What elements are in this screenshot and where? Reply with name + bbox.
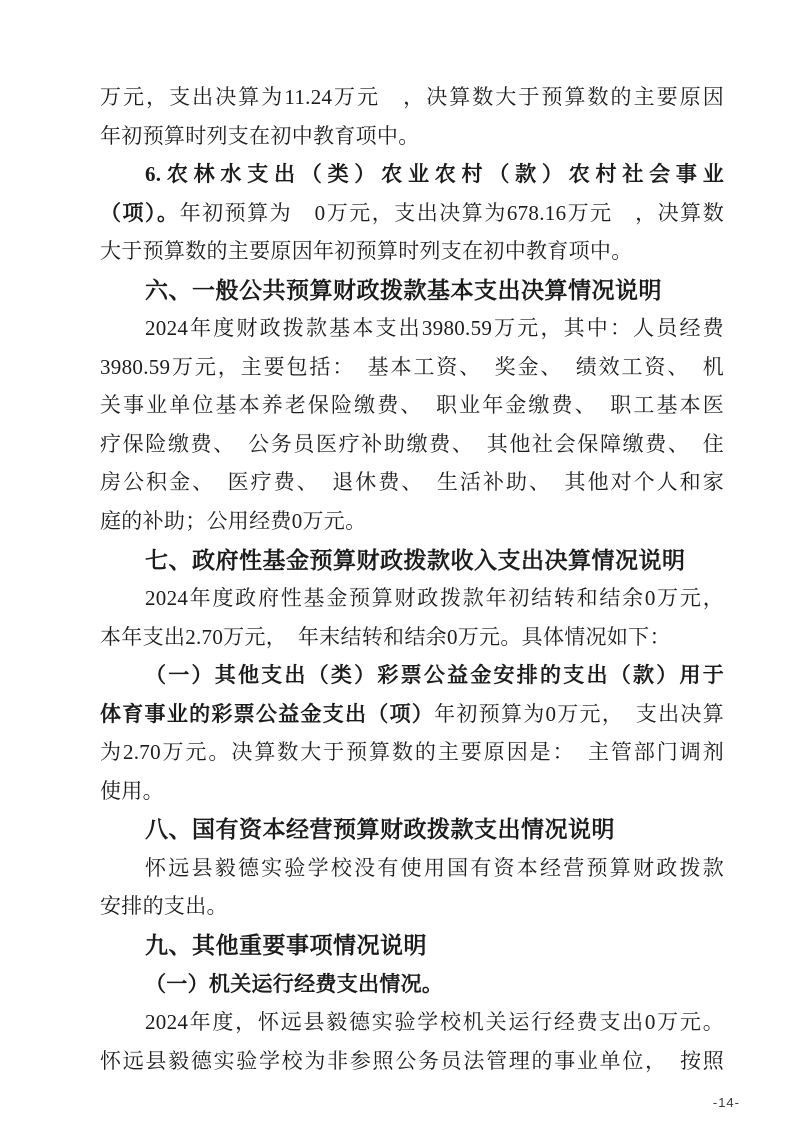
text-line: 庭的补助；公用经费0万元。	[100, 502, 724, 541]
text-segment: 本年支出2.70万元， 年末结转和结余0万元。具体情况如下：	[100, 625, 671, 649]
section-heading: 九、其他重要事项情况说明	[100, 926, 724, 965]
text-segment: 6.农林水支出（类）农业农村（款）农村社会事业	[145, 162, 724, 186]
document-page: 万元，支出决算为11.24万元 ，决算数大于预算数的主要原因年初预算时列支在初中…	[0, 0, 793, 1122]
text-segment: 体育事业的彩票公益金支出（项）	[100, 702, 434, 726]
text-line: 2024年度财政拨款基本支出3980.59万元，其中：人员经费	[100, 309, 724, 348]
text-line: 年初预算时列支在初中教育项中。	[100, 117, 724, 156]
text-line: 关事业单位基本养老保险缴费、 职业年金缴费、 职工基本医	[100, 386, 724, 425]
text-segment: （一）其他支出（类）彩票公益金安排的支出（款）用于	[145, 663, 724, 687]
text-line: 本年支出2.70万元， 年末结转和结余0万元。具体情况如下：	[100, 618, 724, 657]
section-heading: 六、一般公共预算财政拨款基本支出决算情况说明	[100, 271, 724, 310]
text-segment: 3980.59万元，主要包括： 基本工资、 奖金、 绩效工资、 机	[100, 355, 724, 379]
text-line: 怀远县毅德实验学校没有使用国有资本经营预算财政拨款	[100, 849, 724, 888]
text-line: 3980.59万元，主要包括： 基本工资、 奖金、 绩效工资、 机	[100, 348, 724, 387]
text-segment: 九、其他重要事项情况说明	[145, 932, 427, 958]
text-line: （一）机关运行经费支出情况。	[100, 965, 724, 1004]
text-segment: 为2.70万元。决算数大于预算数的主要原因是： 主管部门调剂	[100, 740, 724, 764]
text-segment: 年初预算为 0万元，支出决算为678.16万元 ，决算数	[180, 201, 724, 225]
document-content: 万元，支出决算为11.24万元 ，决算数大于预算数的主要原因年初预算时列支在初中…	[100, 78, 724, 1080]
text-segment: 七、政府性基金预算财政拨款收入支出决算情况说明	[145, 547, 686, 573]
text-segment: 房公积金、 医疗费、 退休费、 生活补助、 其他对个人和家	[100, 470, 724, 494]
text-line: 大于预算数的主要原因年初预算时列支在初中教育项中。	[100, 232, 724, 271]
text-segment: 关事业单位基本养老保险缴费、 职业年金缴费、 职工基本医	[100, 393, 724, 417]
text-line: 房公积金、 医疗费、 退休费、 生活补助、 其他对个人和家	[100, 463, 724, 502]
text-line: （一）其他支出（类）彩票公益金安排的支出（款）用于	[100, 656, 724, 695]
text-segment: 安排的支出。	[100, 894, 228, 918]
text-segment: 八、国有资本经营预算财政拨款支出情况说明	[145, 816, 615, 842]
text-segment: 年初预算时列支在初中教育项中。	[100, 124, 420, 148]
text-segment: （项）。	[100, 201, 180, 225]
text-segment: 使用。	[100, 779, 164, 803]
text-segment: （一）机关运行经费支出情况。	[145, 972, 443, 996]
text-line: 万元，支出决算为11.24万元 ，决算数大于预算数的主要原因	[100, 78, 724, 117]
text-line: 2024年度，怀远县毅德实验学校机关运行经费支出0万元。	[100, 1003, 724, 1042]
text-line: 6.农林水支出（类）农业农村（款）农村社会事业	[100, 155, 724, 194]
text-segment: 疗保险缴费、 公务员医疗补助缴费、 其他社会保障缴费、 住	[100, 432, 724, 456]
text-segment: 万元，支出决算为11.24万元 ，决算数大于预算数的主要原因	[100, 85, 724, 109]
text-segment: 2024年度，怀远县毅德实验学校机关运行经费支出0万元。	[145, 1010, 724, 1034]
text-line: 安排的支出。	[100, 887, 724, 926]
text-segment: 六、一般公共预算财政拨款基本支出决算情况说明	[145, 277, 662, 303]
section-heading: 八、国有资本经营预算财政拨款支出情况说明	[100, 810, 724, 849]
text-line: 疗保险缴费、 公务员医疗补助缴费、 其他社会保障缴费、 住	[100, 425, 724, 464]
text-segment: 怀远县毅德实验学校没有使用国有资本经营预算财政拨款	[145, 856, 724, 880]
text-segment: 庭的补助；公用经费0万元。	[100, 509, 366, 533]
section-heading: 七、政府性基金预算财政拨款收入支出决算情况说明	[100, 541, 724, 580]
text-segment: 2024年度财政拨款基本支出3980.59万元，其中：人员经费	[145, 316, 724, 340]
text-line: 2024年度政府性基金预算财政拨款年初结转和结余0万元，	[100, 579, 724, 618]
text-line: 使用。	[100, 772, 724, 811]
text-segment: 2024年度政府性基金预算财政拨款年初结转和结余0万元，	[145, 586, 724, 610]
text-line: 体育事业的彩票公益金支出（项）年初预算为0万元， 支出决算	[100, 695, 724, 734]
text-segment: 怀远县毅德实验学校为非参照公务员法管理的事业单位， 按照	[100, 1049, 724, 1073]
text-line: 为2.70万元。决算数大于预算数的主要原因是： 主管部门调剂	[100, 733, 724, 772]
page-number: -14-	[713, 1095, 740, 1110]
text-segment: 大于预算数的主要原因年初预算时列支在初中教育项中。	[100, 239, 633, 263]
text-line: （项）。年初预算为 0万元，支出决算为678.16万元 ，决算数	[100, 194, 724, 233]
text-line: 怀远县毅德实验学校为非参照公务员法管理的事业单位， 按照	[100, 1042, 724, 1081]
text-segment: 年初预算为0万元， 支出决算	[434, 702, 724, 726]
